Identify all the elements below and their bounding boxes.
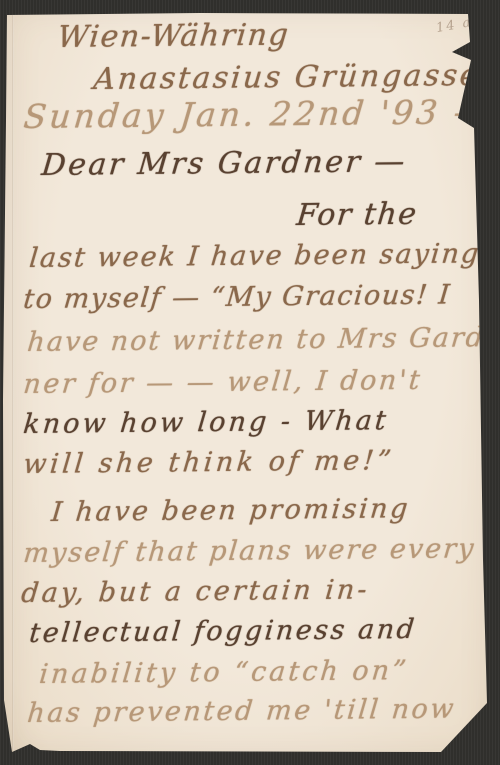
page-number-annotation: 14 a bbox=[435, 15, 473, 36]
letter-line: day, but a certain in- bbox=[20, 574, 371, 609]
letter-line: ner for — — well, I don't bbox=[22, 365, 424, 400]
paper-crease bbox=[12, 14, 14, 752]
letter-line: last week I have been saying- bbox=[28, 238, 493, 274]
letter-line: have not written to Mrs Gard- bbox=[26, 322, 498, 358]
letter-line: know how long - What bbox=[22, 405, 390, 440]
letter-line: myself that plans were every bbox=[22, 533, 477, 569]
letter-line: For the bbox=[295, 197, 419, 233]
letter-line: has prevented me 'till now bbox=[26, 694, 457, 729]
letter-line: tellectual fogginess and bbox=[28, 614, 418, 649]
letter-line: inability to “catch on” bbox=[38, 655, 410, 690]
letter-line-salutation: Dear Mrs Gardner — bbox=[40, 144, 409, 183]
letter-paper: 14 a Wien-Währing Anastasius Grüngasse 1… bbox=[0, 0, 500, 765]
letter-line: will she think of me!” bbox=[22, 445, 396, 480]
letter-line-city: Wien-Währing bbox=[56, 18, 291, 55]
letter-line: to myself — “My Gracious! I bbox=[22, 280, 452, 315]
letter-line: I have been promising bbox=[50, 493, 411, 528]
letter-line-date: Sunday Jan. 22nd '93 — bbox=[22, 92, 492, 136]
letter-line-street: Anastasius Grüngasse 10 bbox=[92, 57, 500, 97]
